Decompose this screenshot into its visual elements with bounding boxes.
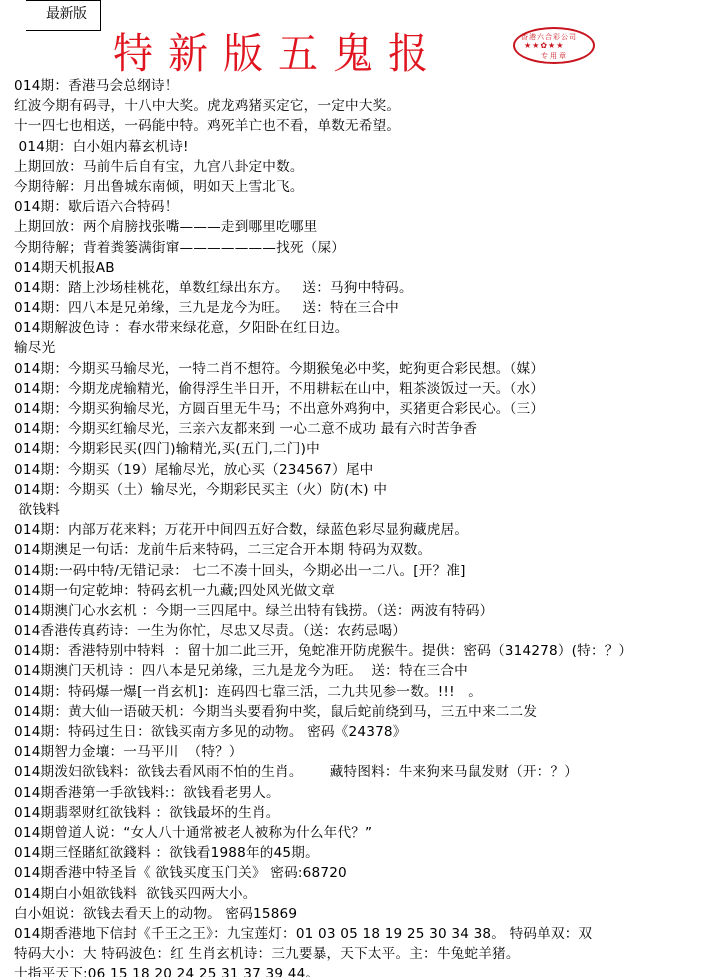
text-line: 014期一句定乾坤：特码玄机一九藏;四处风光做文章: [14, 581, 704, 601]
text-line: 014期：今期龙虎输精光，偷得浮生半日开，不用耕耘在山中，粗茶淡饭过一天。（水）: [14, 379, 704, 399]
text-line: 014期澳门心水玄机 ：今期一三四尾中。绿兰出特有钱捞。（送：两波有特码）: [14, 601, 704, 621]
text-line: 上期回放：马前牛后自有宝，九宫八卦定中数。: [14, 157, 704, 177]
article-body: 014期：香港马会总纲诗！ 红波今期有码寻，十八中大奖。虎龙鸡猪买定它，一定中大…: [14, 76, 704, 977]
text-line: 014期澳门天机诗 ：四八本是兄弟缘，三九是龙今为旺。 送：特在三合中: [14, 661, 704, 681]
text-line: 白小姐说：欲钱去看天上的动物。 密码15869: [14, 904, 704, 924]
text-line: 014期翡翠财红欲钱料 ：欲钱最坏的生肖。: [14, 803, 704, 823]
text-line: 014期：今期彩民买(四门)输精光,买(五门,二门)中: [14, 439, 704, 459]
latest-version-badge: 最新版: [26, 0, 101, 31]
text-line: 014期：今期买红输尽光，三亲六友都来到 一心二意不成功 最有六时苦争香: [14, 419, 704, 439]
text-line: 014期：特码过生日：欲钱买南方多见的动物。 密码《24378》: [14, 722, 704, 742]
text-line: 014期三怪賭紅欲錢料 ：欲钱看1988年的45期。: [14, 843, 704, 863]
text-line: 014期智力金壤：一马平川 （特？）: [14, 742, 704, 762]
text-line: 014期：今期买马输尽光，一特二肖不想符。今期猴兔必中奖，蛇狗更合彩民想。（媒）: [14, 359, 704, 379]
text-line: 014期香港中特圣旨《 欲钱买度玉门关》 密码:68720: [14, 863, 704, 883]
text-line: 014期：今期买（19）尾输尽光，放心买（234567）尾中: [14, 460, 704, 480]
stamp-stars-icon: ★★✿★★: [524, 41, 564, 50]
section-heading: 输尽光: [14, 338, 704, 358]
text-line: 014期：今期买狗输尽光，方圆百里无牛马；不出意外鸡狗中，买猪更合彩民心。（三）: [14, 399, 704, 419]
text-line: 014期：歇后语六合特码！: [14, 197, 704, 217]
text-line: 014期曾道人说：“女人八十通常被老人被称为什么年代？”: [14, 823, 704, 843]
text-line: 014期：内部万花来料；万花开中间四五好合数，绿蓝色彩尽显狗藏虎居。: [14, 520, 704, 540]
page-title: 特新版五鬼报: [113, 21, 443, 81]
text-line: 014期天机报AB: [14, 258, 704, 278]
badge-label: 最新版: [46, 3, 87, 23]
text-line: 上期回放：两个肩膀找张嘴———走到哪里吃哪里: [14, 217, 704, 237]
text-line: 014期澳足一句话：龙前牛后来特码，二三定合开本期 特码为双数。: [14, 540, 704, 560]
text-line: 014期香港地下信封《千王之王》：九宝莲灯：01 03 05 18 19 25 …: [14, 924, 704, 944]
text-line: 十一四七也相送，一码能中特。鸡死羊亡也不看，单数无希望。: [14, 116, 704, 136]
text-line: 014期：今期买（土）输尽光，今期彩民买主（火）防(木) 中: [14, 480, 704, 500]
text-line: 014期泼妇欲钱料：欲钱去看风雨不怕的生肖。 藏特图料：牛来狗来马鼠发财（开：？…: [14, 762, 704, 782]
text-line: 今期待解：月出鲁城东南倾，明如天上雪北飞。: [14, 177, 704, 197]
text-line: 014期：踏上沙场桂桃花，单数红绿出东方。 送：马狗中特码。: [14, 278, 704, 298]
text-line: 014期香港第一手欲钱料:：欲钱看老男人。: [14, 783, 704, 803]
text-line: 014期：黄大仙一语破天机：今期当头要看狗中奖，鼠后蛇前绕到马，三五中来二二发: [14, 702, 704, 722]
text-line: 十指平天下:06 15 18 20 24 25 31 37 39 44。: [14, 964, 704, 977]
section-heading: 欲钱料: [14, 500, 704, 520]
text-line: 014期：特码爆一爆[一肖玄机]：连码四七靠三活，二九共见参一数。!!! 。: [14, 682, 704, 702]
text-line: 014期解波色诗 ：春水带来绿花意，夕阳卧在红日边。: [14, 318, 704, 338]
text-line: 今期待解；背着粪篓满街窜———————找死（屎）: [14, 238, 704, 258]
seal-stamp-icon: 香港六合彩公司 ★★✿★★ 专用章: [513, 27, 595, 64]
text-line: 014期：香港特别中特料 ：留十加二此三开，兔蛇准开防虎猴牛。提供：密码（314…: [14, 641, 704, 661]
text-line: 014期:一码中特/无错记录： 七二不凑十回头，今期必出一二八。[开？准]: [14, 561, 704, 581]
text-line: 014期：香港马会总纲诗！: [14, 76, 704, 96]
text-line: 014期：白小姐内幕玄机诗!: [14, 137, 704, 157]
text-line: 014期白小姐欲钱料 欲钱买四两大小。: [14, 884, 704, 904]
text-line: 特码大小：大 特码波色：红 生肖玄机诗：三九要暴，天下太平。主：牛兔蛇羊猪。: [14, 944, 704, 964]
text-line: 014期：四八本是兄弟缘，三九是龙今为旺。 送：特在三合中: [14, 298, 704, 318]
text-line: 红波今期有码寻，十八中大奖。虎龙鸡猪买定它，一定中大奖。: [14, 96, 704, 116]
stamp-bottom-text: 专用章: [541, 51, 568, 61]
text-line: 014香港传真药诗：一生为你忙，尽忠又尽责。（送：农药忌喝）: [14, 621, 704, 641]
